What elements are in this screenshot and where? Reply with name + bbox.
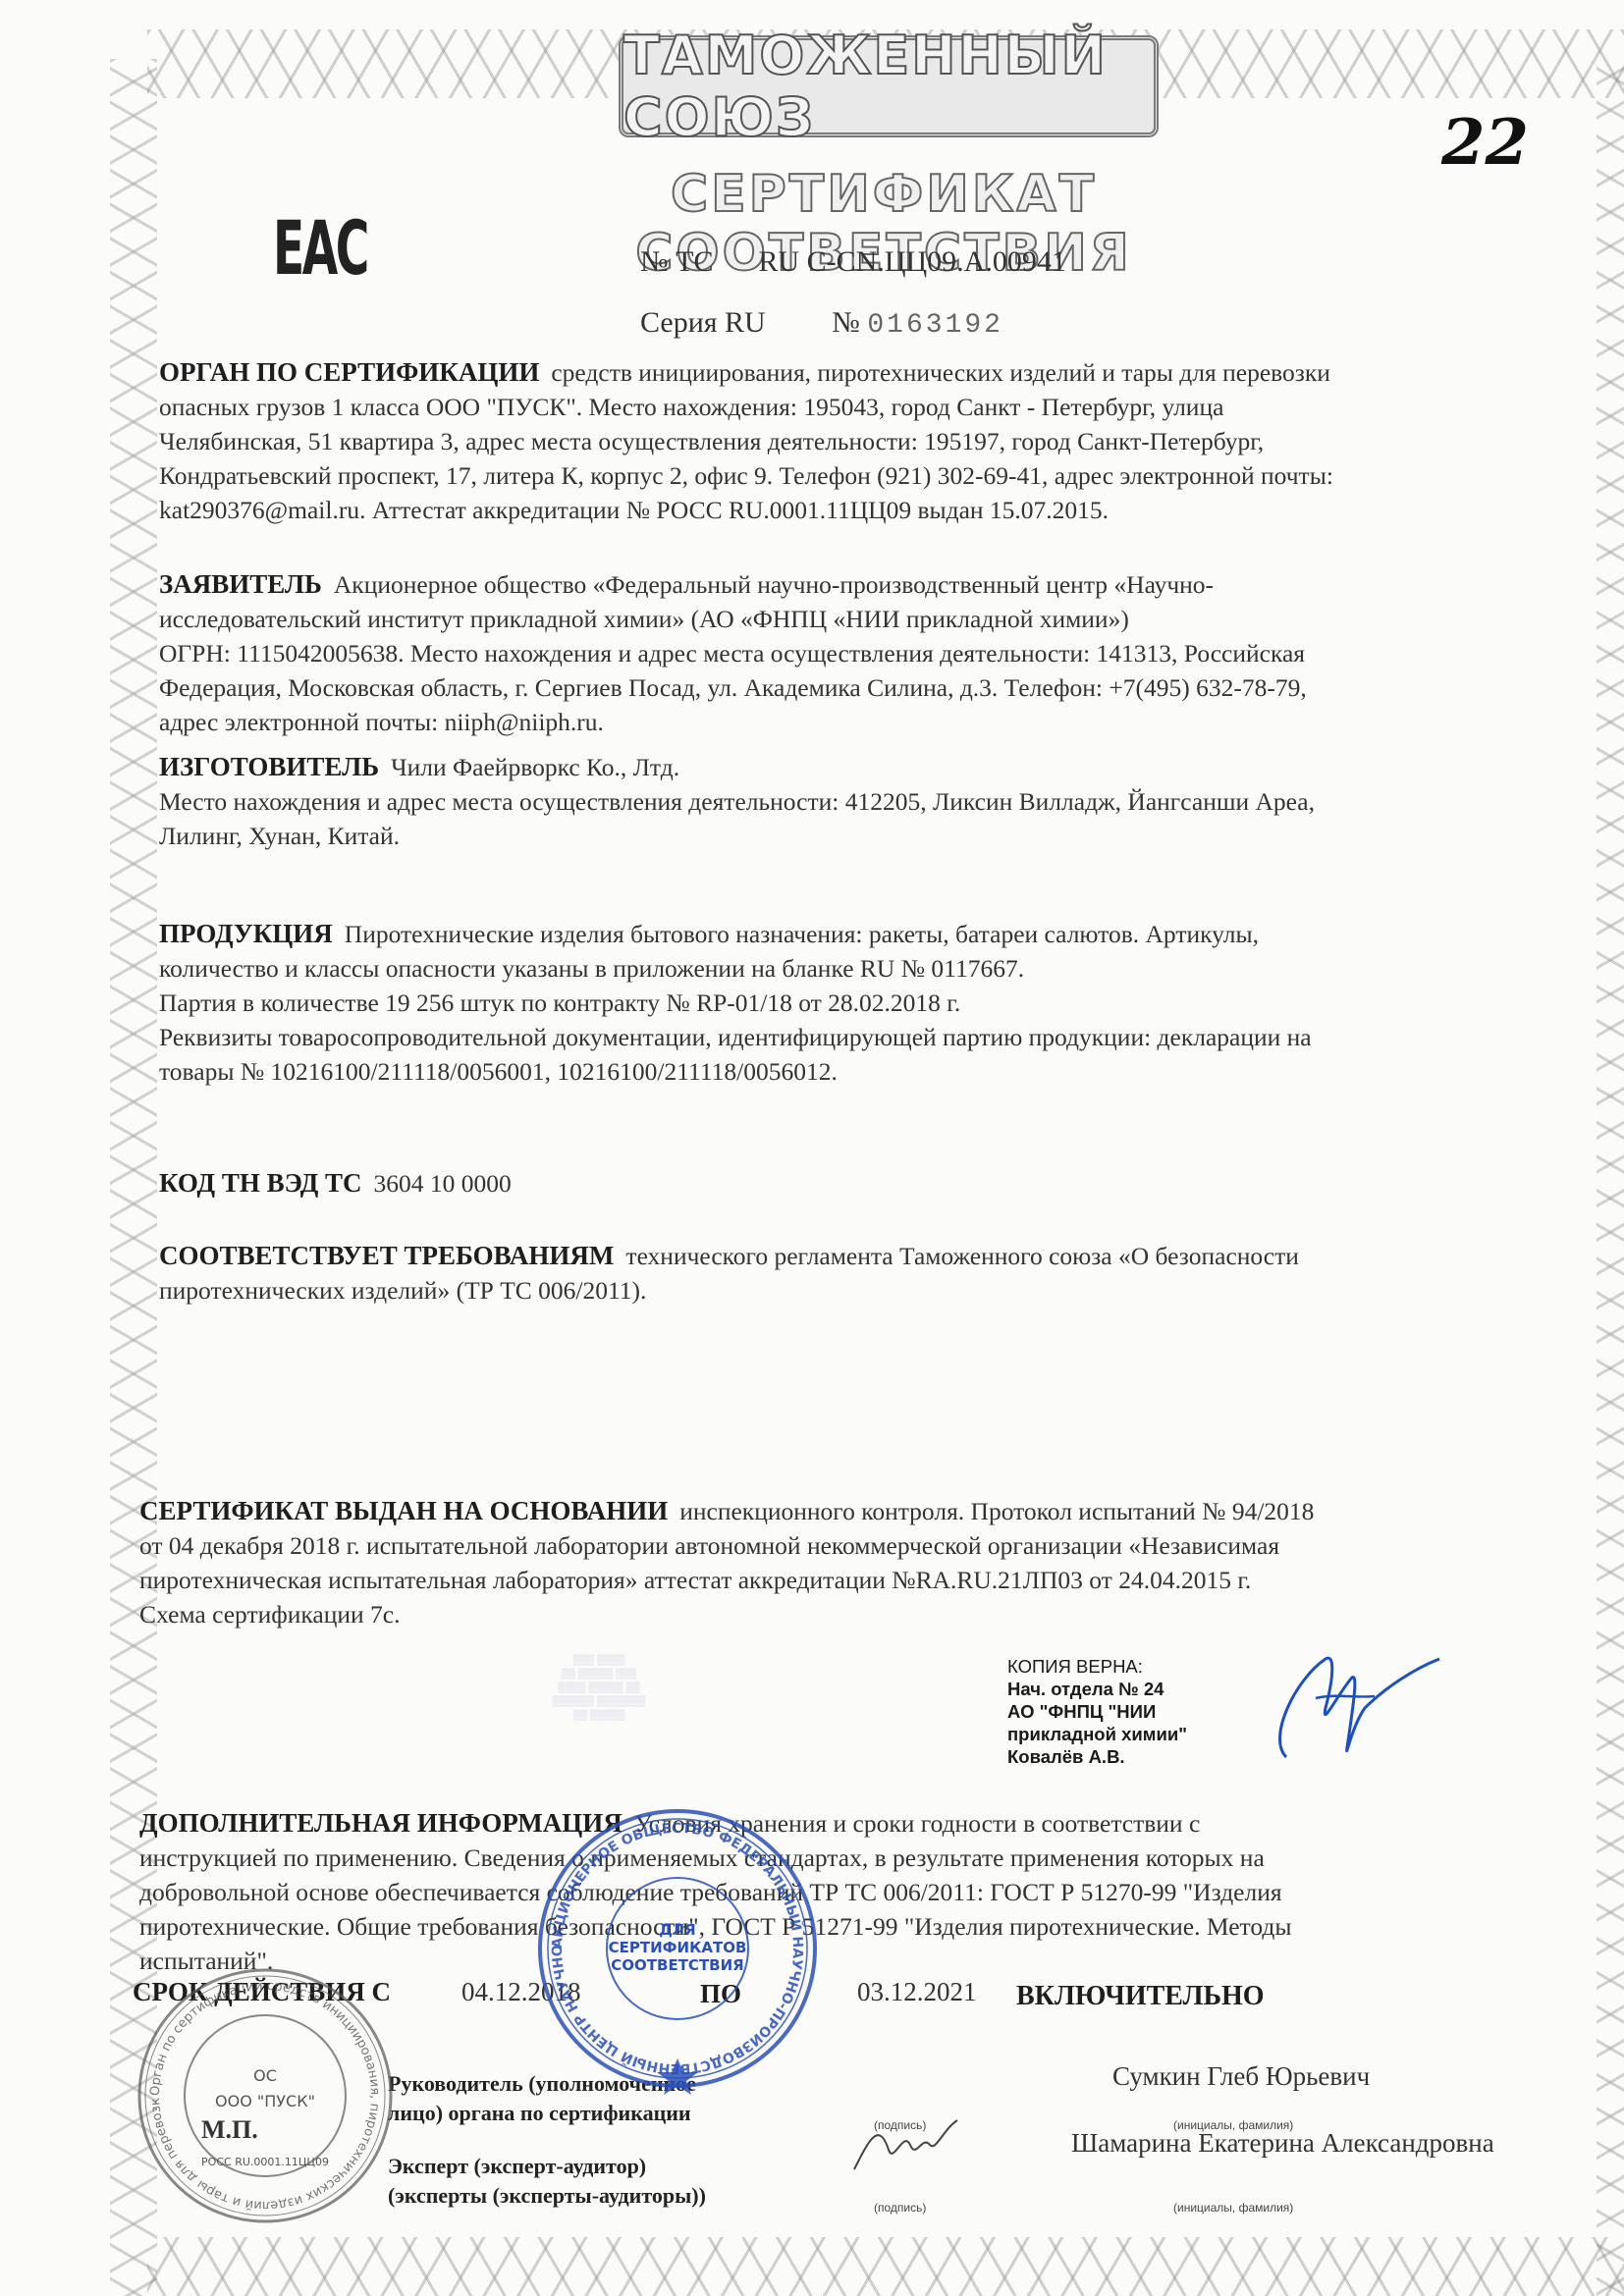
certificate-page: ТАМОЖЕННЫЙ СОЮЗ 22 СЕРТИФИКАТ СООТВЕТСТВ… xyxy=(0,0,1624,2296)
faint-stamp-imprint: ▒▒▒ ▒▒▒▒▒▒ ▒▒▒▒▒ ▒▒▒▒▒▒▒ ▒▒▒▒▒ ▒▒▒▒▒▒▒▒ … xyxy=(515,1654,682,1772)
series-number-value: 0163192 xyxy=(867,310,1003,341)
text-line: средств инициирования, пиротехнических и… xyxy=(551,358,1330,387)
section-manufacturer: ИЗГОТОВИТЕЛЬЧили Фаейрворкс Ко., Лтд. Ме… xyxy=(159,750,1573,853)
text-line: добровольной основе обеспечивается соблю… xyxy=(139,1875,1555,1909)
text-line: Нач. отдела № 24 xyxy=(1007,1678,1187,1700)
series-value: RU xyxy=(725,306,766,339)
text-line: исследовательский институт прикладной хи… xyxy=(159,602,1573,636)
validity-to: 03.12.2021 xyxy=(857,1977,977,2007)
series-number: Серия RU № 0163192 xyxy=(640,306,1003,341)
gray-round-seal-icon: Орган по сертификации средств инициирова… xyxy=(133,1963,398,2228)
signature-caption: (подпись) xyxy=(874,2201,926,2215)
text-line: лицо) органа по сертификации xyxy=(388,2099,696,2128)
text-line: Лилинг, Хунан, Китай. xyxy=(159,819,1573,853)
text-line: пиротехническая испытательная лаборатори… xyxy=(139,1563,1553,1597)
section-heading: ИЗГОТОВИТЕЛЬ xyxy=(159,752,379,781)
blue-round-seal-icon: АКЦИОНЕРНОЕ ОБЩЕСТВО ФЕДЕРАЛЬНЫЙ НАУЧНО-… xyxy=(530,1801,825,2096)
text-line: Федерация, Московская область, г. Сергие… xyxy=(159,670,1573,705)
text-line: товары № 10216100/211118/0056001, 102161… xyxy=(159,1054,1573,1089)
section-additional-info: ДОПОЛНИТЕЛЬНАЯ ИНФОРМАЦИЯУсловия хранени… xyxy=(139,1806,1555,1978)
text-line: Схема сертификации 7с. xyxy=(139,1597,1553,1631)
text-line: адрес электронной почты: niiph@niiph.ru. xyxy=(159,705,1573,739)
head-name: Сумкин Глеб Юрьевич xyxy=(1112,2061,1370,2092)
section-heading: СЕРТИФИКАТ ВЫДАН НА ОСНОВАНИИ xyxy=(139,1496,668,1525)
guilloche-border-bottom xyxy=(147,2237,1624,2296)
certificate-number: № ТСRU C-CN.ЦЦ09.А.00941 xyxy=(640,245,1066,279)
text-line: от 04 декабря 2018 г. испытательной лабо… xyxy=(139,1528,1553,1563)
section-hs-code: КОД ТН ВЭД ТС3604 10 0000 xyxy=(159,1166,1573,1201)
blue-signature-icon xyxy=(1257,1639,1443,1777)
section-heading: ОРГАН ПО СЕРТИФИКАЦИИ xyxy=(159,357,539,387)
svg-text:СЕРТИФИКАТОВ: СЕРТИФИКАТОВ xyxy=(609,1939,747,1956)
text-line: пиротехнических изделий» (ТР ТС 006/2011… xyxy=(159,1273,1573,1308)
section-product: ПРОДУКЦИЯПиротехнические изделия бытовог… xyxy=(159,917,1573,1089)
expert-signature-icon xyxy=(849,2101,967,2179)
svg-text:М.П.: М.П. xyxy=(201,2115,258,2144)
customs-union-banner: ТАМОЖЕННЫЙ СОЮЗ xyxy=(619,35,1159,137)
svg-text:ОС: ОС xyxy=(253,2066,277,2085)
text-line: Ковалёв А.В. xyxy=(1007,1745,1187,1768)
guilloche-border-right xyxy=(1597,59,1624,2296)
text-line: Челябинская, 51 квартира 3, адрес места … xyxy=(159,424,1573,458)
validity-inclusive: ВКЛЮЧИТЕЛЬНО xyxy=(1016,1981,1265,2012)
section-issued-basis: СЕРТИФИКАТ ВЫДАН НА ОСНОВАНИИинспекционн… xyxy=(139,1494,1553,1631)
series-label: Серия xyxy=(640,306,718,339)
text-line: kat290376@mail.ru. Аттестат аккредитации… xyxy=(159,493,1573,527)
text-line: (эксперты (эксперты-аудиторы)) xyxy=(388,2181,706,2211)
text-line: Эксперт (эксперт-аудитор) xyxy=(388,2152,706,2181)
text-line: Реквизиты товаросопроводительной докумен… xyxy=(159,1020,1573,1054)
text-line: ОГРН: 1115042005638. Место нахождения и … xyxy=(159,636,1573,670)
handwritten-page-number: 22 xyxy=(1441,106,1529,180)
section-heading: ПРОДУКЦИЯ xyxy=(159,919,333,948)
text-line: пиротехнические. Общие требования безопа… xyxy=(139,1909,1555,1944)
text-line: опасных грузов 1 класса ООО "ПУСК". Мест… xyxy=(159,390,1573,424)
copy-certified-title: КОПИЯ ВЕРНА: xyxy=(1007,1655,1187,1678)
text-line: АО "ФНПЦ "НИИ xyxy=(1007,1700,1187,1723)
section-heading: КОД ТН ВЭД ТС xyxy=(159,1168,362,1198)
text-line: количество и классы опасности указаны в … xyxy=(159,951,1573,986)
text-line: Пиротехнические изделия бытового назначе… xyxy=(345,920,1259,948)
text-line: Кондратьевский проспект, 17, литера К, к… xyxy=(159,458,1573,493)
section-applicant: ЗАЯВИТЕЛЬАкционерное общество «Федеральн… xyxy=(159,567,1573,739)
svg-text:ООО "ПУСК": ООО "ПУСК" xyxy=(215,2092,315,2110)
section-conforms: СООТВЕТСТВУЕТ ТРЕБОВАНИЯМтехнического ре… xyxy=(159,1239,1573,1308)
manufacturer-name: Чили Фаейрворкс Ко., Лтд. xyxy=(391,753,679,781)
hs-code-value: 3604 10 0000 xyxy=(374,1169,512,1198)
section-certification-body: ОРГАН ПО СЕРТИФИКАЦИИсредств инициирован… xyxy=(159,355,1573,527)
expert-name: Шамарина Екатерина Александровна xyxy=(1071,2128,1494,2159)
cert-number-value: RU C-CN.ЦЦ09.А.00941 xyxy=(758,245,1065,278)
section-heading: ЗАЯВИТЕЛЬ xyxy=(159,569,322,599)
cert-number-label: № ТС xyxy=(640,245,713,278)
text-line: инструкцией по применению. Сведения о пр… xyxy=(139,1841,1555,1875)
text-line: инспекционного контроля. Протокол испыта… xyxy=(679,1497,1314,1525)
expert-role: Эксперт (эксперт-аудитор) (эксперты (экс… xyxy=(388,2152,706,2211)
name-caption: (инициалы, фамилия) xyxy=(1173,2201,1293,2215)
copy-certified-note: КОПИЯ ВЕРНА: Нач. отдела № 24 АО "ФНПЦ "… xyxy=(1007,1655,1187,1768)
text-line: технического регламента Таможенного союз… xyxy=(625,1242,1298,1270)
text-line: Место нахождения и адрес места осуществл… xyxy=(159,784,1573,819)
section-heading: СООТВЕТСТВУЕТ ТРЕБОВАНИЯМ xyxy=(159,1241,614,1270)
eac-logo-icon: ЕАС xyxy=(273,204,367,292)
text-line: Акционерное общество «Федеральный научно… xyxy=(334,570,1214,599)
text-line: прикладной химии" xyxy=(1007,1723,1187,1745)
svg-text:СООТВЕТСТВИЯ: СООТВЕТСТВИЯ xyxy=(611,1956,743,1974)
svg-text:РОСС RU.0001.11ЦЦ09: РОСС RU.0001.11ЦЦ09 xyxy=(201,2156,329,2168)
text-line: Партия в количестве 19 256 штук по контр… xyxy=(159,986,1573,1020)
series-number-label: № xyxy=(832,306,860,339)
svg-text:ДЛЯ: ДЛЯ xyxy=(659,1921,695,1939)
